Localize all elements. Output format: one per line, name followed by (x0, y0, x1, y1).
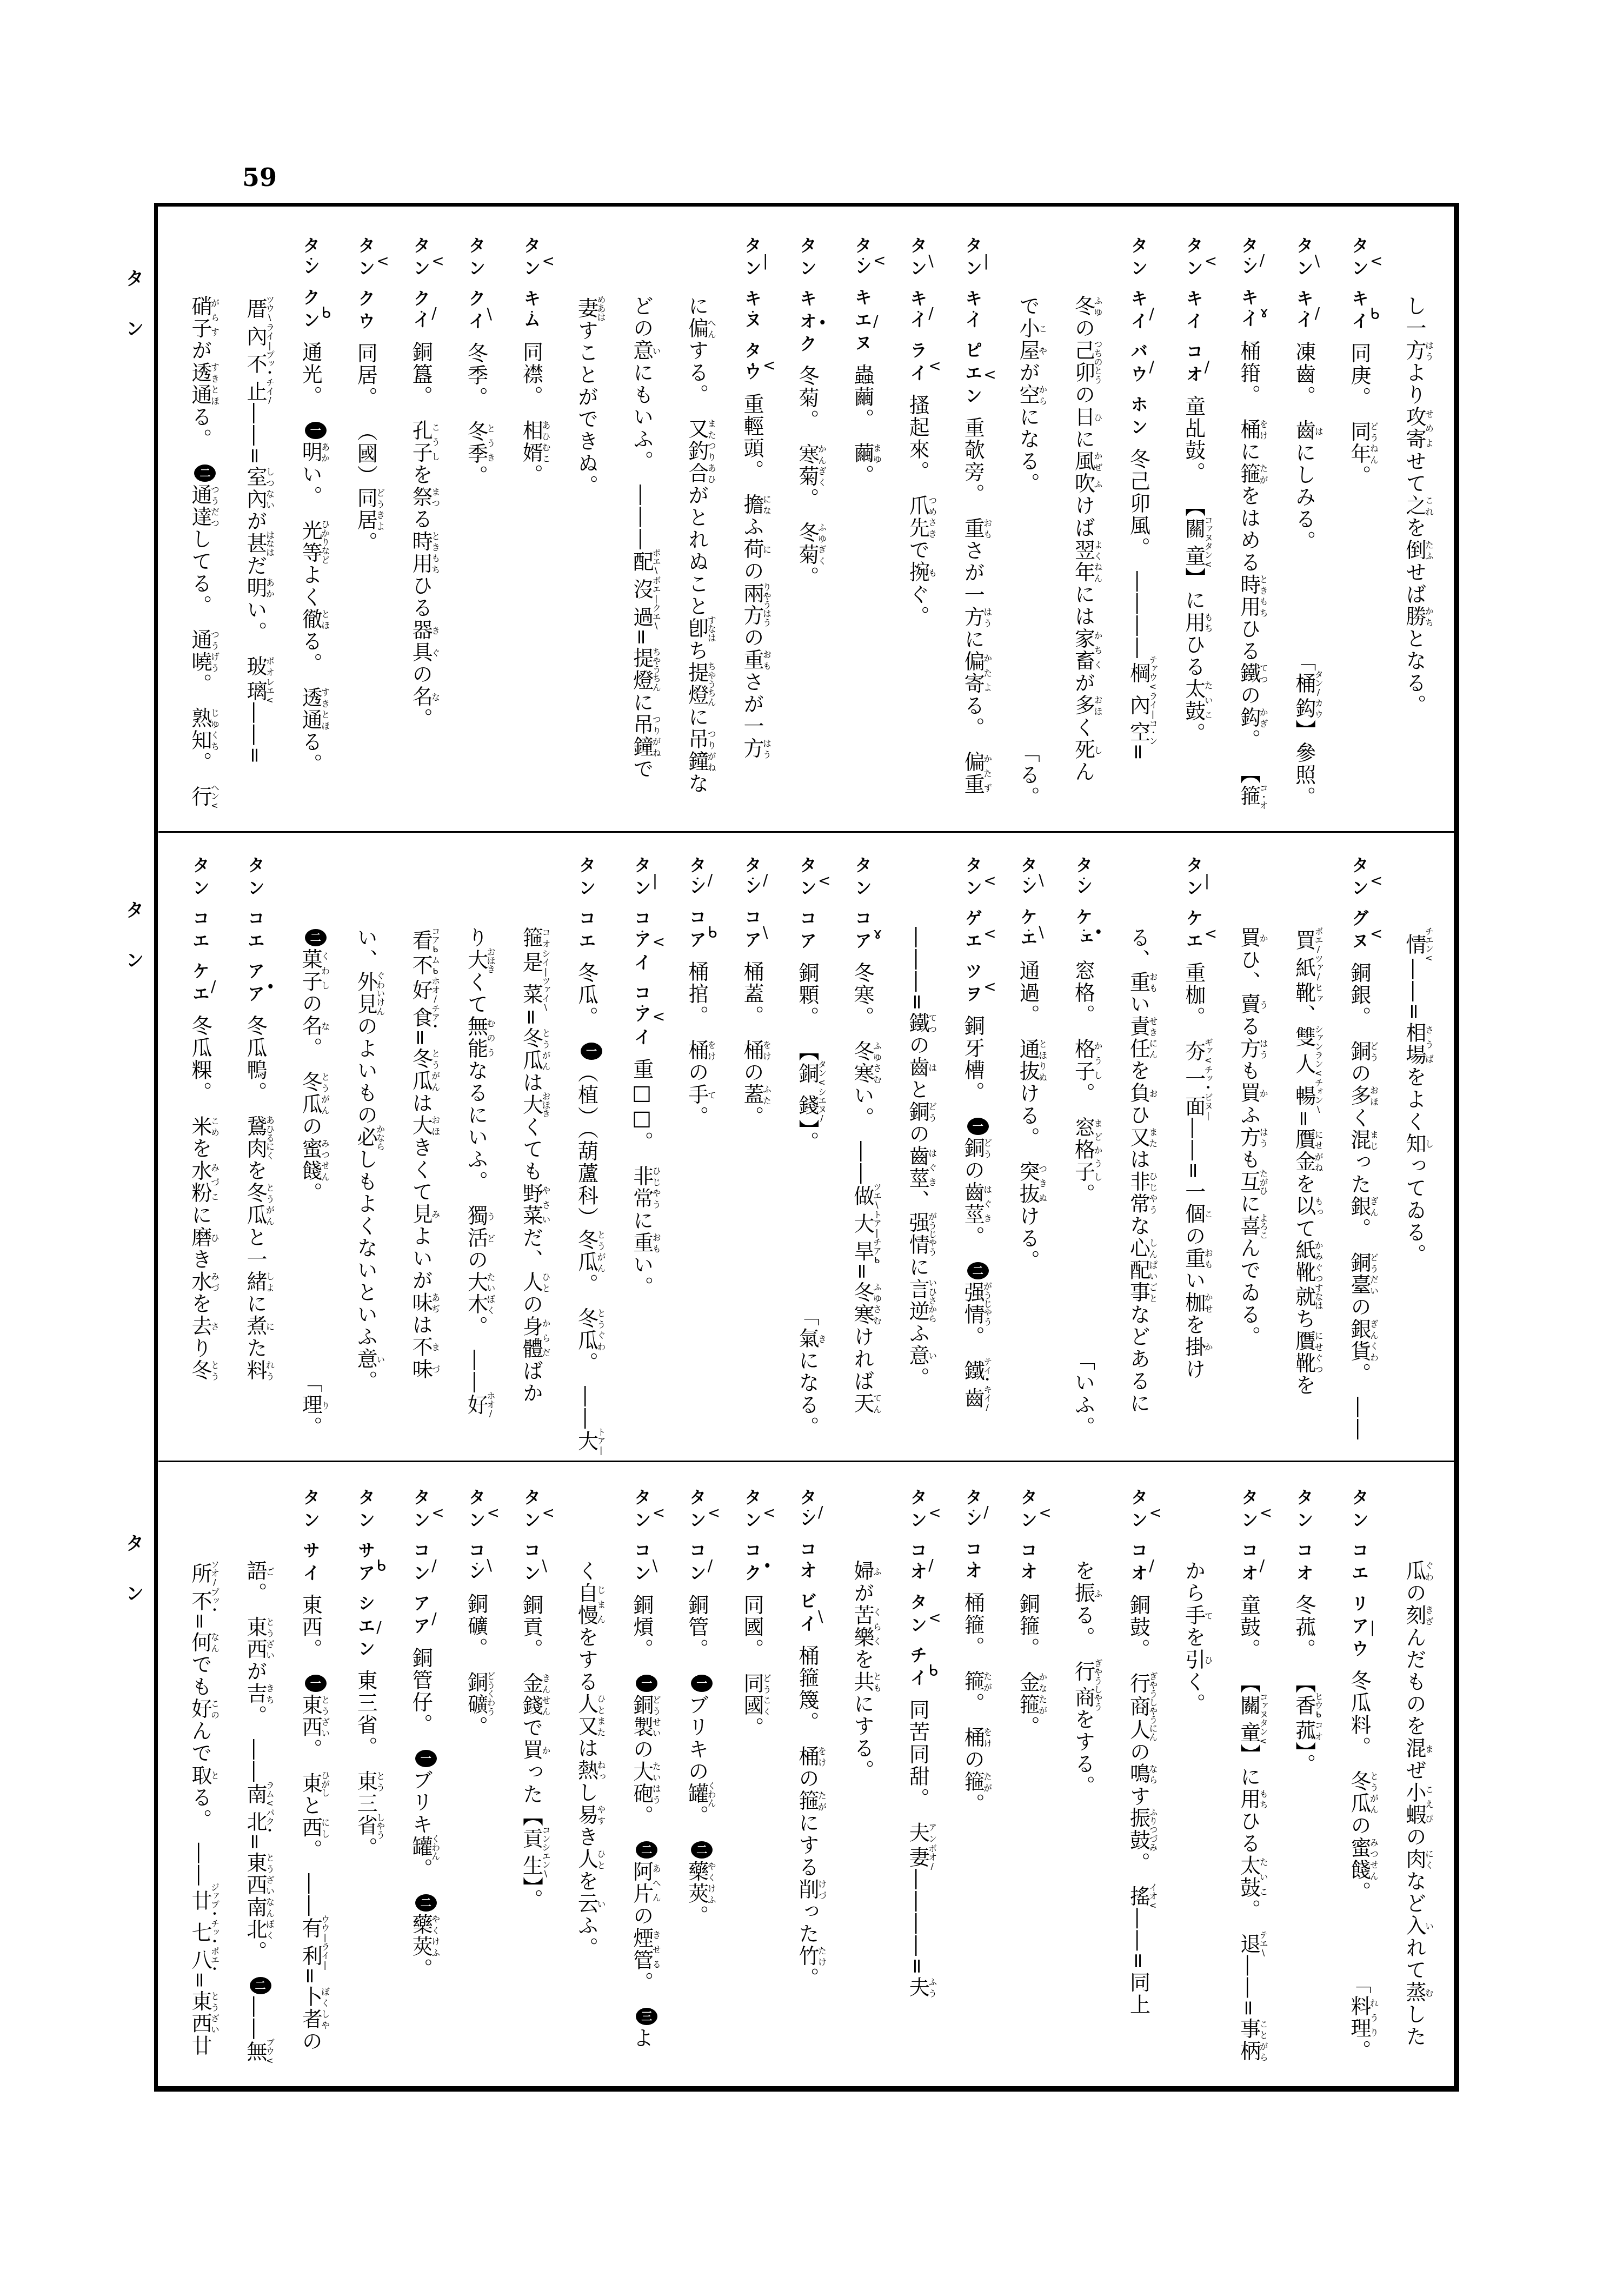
text-run: 「 (795, 1305, 819, 1328)
ruby-base: 煮 (243, 1315, 267, 1337)
syllable-kana: タン (1349, 1488, 1369, 1534)
furigana: にな (761, 494, 771, 516)
ruby-base: 方 (740, 738, 764, 760)
text-run: 。 (961, 1793, 985, 1815)
tone-mark: / (818, 1505, 823, 1520)
text-run: でも (188, 1654, 212, 1698)
continuation-column: い、外見ぐわいけんのよいもの必かならしもよくないといふ意い。 (338, 833, 393, 1461)
furigana: もち (1203, 612, 1213, 634)
text-run: に (961, 628, 985, 651)
aspiration-dot: ・ (968, 307, 978, 316)
text-run: る (409, 508, 433, 530)
furigana-word: 鳴なら (1127, 1763, 1150, 1785)
furigana-word: 身體からだ (520, 1316, 543, 1360)
tone-mark: < (873, 253, 886, 268)
ruby-base: 東西 (188, 1990, 212, 2035)
text-run: 銅熕。 (630, 1594, 654, 1673)
reading-syllable: コオ/ (1183, 342, 1204, 388)
furigana-word: 贋金にせがね (1292, 1129, 1316, 1173)
text-run: の (520, 1293, 543, 1316)
definition-text: 同國。 同國どうこく。 (740, 1594, 764, 1739)
text-run: る。 (961, 695, 985, 751)
furigana: て (706, 1084, 716, 1106)
furigana: おも (1203, 1247, 1213, 1270)
furigana: はぐき (927, 1145, 937, 1190)
ruby-base: 金錢 (520, 1673, 543, 1717)
ruby-base: 就 (1292, 1284, 1316, 1310)
ruby-base: 勝 (1402, 606, 1426, 628)
furigana: ふりつづみ (1148, 1807, 1158, 1852)
text-run: く (1347, 1107, 1371, 1129)
furigana-word: 好この (188, 1698, 212, 1720)
furigana: とうがん (320, 1071, 330, 1116)
headword-reading: タン|キ・ヌタ・ウ< (740, 236, 764, 393)
definition-text: し一方はうより攻寄せめよせて之これを倒たふせば勝かちとなる。 (1402, 295, 1426, 716)
ruby-base: 小蝦 (1402, 1782, 1426, 1826)
furigana-word: 己卯つちのとう (1071, 340, 1095, 384)
furigana: つうげう (209, 629, 219, 673)
text-run: = (1292, 1110, 1316, 1129)
furigana-word: 吊鐘つりがね (630, 714, 654, 758)
text-run: ――= (1237, 1955, 1261, 2019)
text-run: 通過。 (1016, 960, 1040, 1038)
furigana: ふゆぎく (816, 522, 827, 566)
tone-mark: < (376, 254, 389, 269)
reading-syllable: タン (355, 1488, 376, 1534)
furigana: パク• (265, 1808, 275, 1836)
furigana-word: 有ウウ| (298, 1917, 322, 1942)
reading-syllable: タン< (631, 1488, 652, 1534)
furigana-word: 北パク• (243, 1808, 267, 1833)
reading-syllable: タ・ン/ (962, 1488, 983, 1532)
furigana-word: 銅どう (1347, 1040, 1371, 1063)
text-run: の (1347, 1815, 1371, 1837)
furigana: ホオ/ (485, 1391, 496, 1419)
text-run: 。 (354, 1370, 377, 1392)
ruby-base: 桶 (961, 1727, 985, 1749)
furigana-word: 冬季とうき (464, 421, 488, 465)
text-run: から (1182, 1560, 1206, 1604)
ruby-base: 箍 (1237, 463, 1261, 485)
syllable-kana: コア (687, 908, 707, 953)
headword-reading: タ・ン<キエヌ/ (850, 236, 874, 364)
syllable-kana: タン (1294, 236, 1314, 282)
tone-mark: \ (487, 1558, 491, 1573)
reading-syllable: コ・オ (962, 1540, 983, 1584)
ruby-base: 重 (740, 649, 764, 671)
ruby-base: 桶 (685, 1039, 709, 1061)
ruby-base: 有 (298, 1915, 322, 1942)
tone-mark: • (266, 979, 275, 994)
furigana-word: 擔にな (740, 494, 764, 516)
furigana-word: 銀ぎん (1347, 1196, 1371, 1218)
text-run: 「いふ。 (1071, 1350, 1095, 1438)
text-run: ける。 (1016, 1205, 1040, 1272)
ruby-base: 箍 (795, 1790, 819, 1812)
tone-mark: < (928, 1610, 941, 1625)
text-run: = (243, 1833, 267, 1852)
text-run: 同居。 （國） (354, 342, 377, 487)
text-run: してる。 (188, 528, 212, 629)
furigana: みづ (209, 1271, 219, 1293)
furigana-word: 振鼓ふりつづみ (1127, 1807, 1150, 1852)
furigana: ポエ• (209, 1947, 219, 1974)
furigana-word: 冬寒ふゆさむ (850, 1282, 874, 1326)
furigana: し (1424, 1133, 1434, 1155)
circled-number: 一 (691, 1675, 713, 1692)
text-run: の (630, 1738, 654, 1761)
tone-mark: | (763, 254, 768, 269)
ruby-base: 東西南北 (243, 1852, 267, 1941)
ruby-base: 透通 (298, 687, 322, 731)
definition-text: 桶箍。 箍たが。 桶をけの箍たが。 (961, 1592, 985, 1815)
furigana-word: 外見ぐわいけん (354, 971, 377, 1016)
furigana-word: 方はう (1237, 1038, 1261, 1060)
furigana: プッ• (265, 350, 275, 378)
furigana: ビヌ| (1203, 1093, 1213, 1120)
text-run: ち (1292, 1308, 1316, 1330)
furigana-word: 祭まつ (409, 486, 433, 508)
syllable-kana: ゲエ (962, 909, 983, 954)
entry-column: タ・ン<キエヌ/蟲繭。 繭まゆ。 (835, 208, 890, 831)
reading-syllable: ク・イ/ (410, 289, 431, 334)
furigana: がらす (209, 295, 219, 340)
furigana-word: 紙ツァ/ (1292, 954, 1316, 982)
aspiration-dot: ・ (747, 874, 757, 882)
syllable-kana: クウ (355, 289, 376, 335)
ruby-base: 西 (298, 1817, 322, 1839)
text-run: ひる (1182, 634, 1206, 678)
ruby-base: 吉 (243, 1683, 267, 1705)
furigana-word: 米こめ (188, 1116, 212, 1138)
ruby-base: 夯 (1182, 1038, 1206, 1065)
text-run: な (685, 773, 709, 795)
furigana: がうじやう (982, 1282, 993, 1326)
text-run: を (1292, 1375, 1316, 1397)
furigana-word: 大トア| (850, 1210, 874, 1238)
definition-text: 銅管仔。 一ブリキ罐くわん。 二藥莢やくけふ。 (409, 1647, 433, 1980)
continuation-column: る、重おもい責任せきにんを負おひ又または非常ひじやうな心配事しんぱいごとなどある… (1110, 833, 1166, 1461)
furigana-word: 强情がうじやう (906, 1212, 929, 1256)
definition-text: 箍コオ是シイ|菜ツァイ\=冬瓜とうがんは大おほきくても野菜やさいだ、人ひとの身體… (520, 927, 543, 1404)
furigana-word: 人又ひとまた (575, 1693, 598, 1737)
tone-mark: ᑲ (708, 925, 717, 940)
furigana: さうば (1424, 1022, 1434, 1066)
text-run: よいが (409, 1225, 433, 1292)
furigana-word: 齒は (906, 1057, 929, 1079)
entry-column: タン<コオ/童鼓。 【關童コァヌタン<】に用もちひる太鼓たいこ。 退テエ\――=… (1221, 1462, 1276, 2086)
syllable-kana: タン (1349, 236, 1369, 282)
syllable-kana: タン (1349, 856, 1369, 901)
ruby-base: 蒸 (1402, 1981, 1426, 2003)
headword-reading: タンクイ\ (464, 236, 488, 342)
ruby-base: 孔子 (409, 420, 433, 464)
furigana: クエ\ (651, 603, 661, 631)
text-run: 。 (298, 1416, 322, 1438)
ruby-base: 齒 (961, 1385, 985, 1412)
furigana: ちやうちん (706, 662, 716, 706)
text-run: が (188, 340, 212, 362)
ruby-base: 相婿 (520, 420, 543, 464)
syllable-kana: サイ (300, 1541, 321, 1587)
reading-syllable: タ・ウ< (742, 341, 762, 386)
furigana-word: 行商ぎやうしやう (1071, 1661, 1095, 1709)
aspiration-dot: ・ (1023, 926, 1033, 934)
furigana: つりがね (706, 728, 716, 773)
furigana-word: 明あか (243, 577, 267, 599)
text-run: る。 (298, 631, 322, 687)
text-run: る。 (188, 406, 212, 462)
ruby-base: 蓋 (740, 1084, 764, 1106)
furigana: おも (761, 649, 771, 671)
ruby-base: 雙 (1292, 1025, 1316, 1051)
syllable-kana: チイ (907, 1646, 928, 1691)
furigana-word: 突抜つきぬ (1016, 1161, 1040, 1205)
furigana: たいはう (651, 1761, 661, 1805)
definition-text: 冬寒。 冬寒ふゆさむい。 ――做ツエ\大トア|旱チアᑲ=冬寒ふゆさむければ天てん (850, 962, 874, 1415)
ruby-base: 責任 (1127, 1016, 1150, 1060)
ruby-base: 日 (1071, 406, 1095, 428)
furigana-word: 紙靴かみぐつ (1292, 1239, 1316, 1284)
text-run: 。 (1071, 1183, 1095, 1205)
text-run: い (1182, 1270, 1206, 1292)
ruby-base: 銅礦 (464, 1671, 488, 1716)
text-run: く (1071, 716, 1095, 739)
ruby-base: 以 (1292, 1195, 1316, 1217)
aspiration-dot: ・ (305, 254, 316, 263)
furigana: やさい (541, 1183, 551, 1227)
furigana-word: 器具きぐ (409, 619, 433, 663)
furigana: ツァイ\ (541, 977, 551, 1013)
furigana: い (375, 1348, 385, 1370)
text-run: 。 (630, 1805, 654, 1839)
reading-syllable: タン (1128, 236, 1149, 282)
furigana-word: 硝子がらす (188, 295, 212, 340)
ruby-base: 桶 (795, 1746, 819, 1768)
furigana: かうし (1093, 1038, 1103, 1083)
furigana-word: 名な (298, 1015, 322, 1037)
furigana: は (927, 1057, 937, 1079)
ruby-base: 關童 (1182, 516, 1206, 569)
syllable-kana: タ・ン (1073, 856, 1093, 900)
ruby-base: 言逆 (906, 1278, 929, 1323)
furigana-word: 以もっ (1292, 1195, 1316, 1217)
syllable-kana: コ・オ (1017, 1541, 1038, 1585)
furigana-word: 沒ボエ| (630, 576, 654, 603)
text-run: よ (630, 2027, 654, 2049)
syllable-kana: キ・イ (1239, 288, 1259, 333)
text-run: には (1071, 583, 1095, 628)
furigana: どう (927, 1101, 937, 1123)
furigana: すなは (1313, 1284, 1323, 1310)
syllable-kana: コク (742, 1541, 762, 1587)
furigana: とうがん (541, 1027, 551, 1072)
syllable-kana: タ・ン (1017, 856, 1038, 900)
furigana: き (816, 1328, 827, 1350)
furigana: ムᑲ (430, 954, 441, 977)
furigana-word: 同國どうこく (740, 1673, 764, 1717)
text-run: くて (464, 971, 488, 1016)
aspiration-dot: ・ (471, 1559, 481, 1568)
definition-text: 硝子がらすが透通すきとほる。 二通達つうだつしてる。 通曉つうげう。 熟知じゆく… (188, 295, 212, 811)
ruby-base: 東 (298, 1771, 322, 1797)
ruby-base: 太鼓 (1237, 1855, 1261, 1899)
headword-reading: タン<コオ/ (1127, 1488, 1150, 1594)
furigana: また (1148, 1126, 1158, 1149)
headword-reading: タンコエリアウ| (1347, 1488, 1371, 1670)
ruby-base: 提燈 (630, 647, 654, 692)
furigana-word: 桶をけ (795, 1746, 819, 1768)
text-run: の (1127, 1741, 1150, 1763)
furigana-word: 强情がうじやう (961, 1282, 985, 1326)
furigana-word: 煙管きせる (630, 1927, 654, 1972)
reading-syllable: タ・ン/ (797, 1488, 817, 1532)
furigana: ひがし (320, 1771, 330, 1797)
ruby-base: 好 (464, 1391, 488, 1419)
furigana: きち (265, 1683, 275, 1705)
ruby-base: 冬 (1071, 295, 1095, 317)
syllable-kana: バウ (1128, 342, 1149, 388)
furigana: まじ (1368, 1129, 1379, 1151)
ruby-base: 繭 (850, 442, 874, 464)
furigana-word: 共とも (850, 1671, 874, 1693)
reading-syllable: サアᑲ (355, 1541, 376, 1587)
tone-mark: | (1370, 1620, 1375, 1635)
text-run: 。 (298, 1037, 322, 1071)
text-run: どの (630, 295, 654, 340)
furigana-word: 去さ (188, 1315, 212, 1337)
syllable-kana: キイ (1183, 289, 1204, 335)
furigana: ライ| (320, 1942, 330, 1970)
furigana: つちのとう (1093, 340, 1103, 384)
ruby-base: 菰 (1292, 1720, 1316, 1742)
text-run: の (740, 1061, 764, 1084)
text-run: にもいふ。 ――― (630, 362, 654, 551)
definition-text: 銅牙槽。 一銅どうの齒莖はぐき。 二强情がうじやう。 鐵テイ•齒キイ/ (961, 1015, 985, 1412)
circled-number: 二 (305, 929, 327, 946)
furigana: ライ| (265, 323, 275, 350)
definition-text: 買かひ、賣うる方はうも買かふ方はうも互たがひに喜よろこんでゐる。 (1237, 927, 1261, 1348)
entry-column: タンコエケエ/冬瓜粿。 米こめを水粉みづこに磨ひき水みづを去さり冬とう (172, 833, 228, 1461)
reading-syllable: タン| (1183, 856, 1204, 901)
text-run: ひ、 (1237, 949, 1261, 993)
text-run: んでゐる。 (1237, 1237, 1261, 1348)
text-run: くても (520, 1116, 543, 1183)
reading-syllable: タン (465, 236, 486, 282)
ruby-base: 錢 (795, 1087, 819, 1124)
ruby-base: 人又 (575, 1693, 598, 1737)
definition-text: 冬瓜鴨。 鵞肉あひるにくを冬瓜とうがんと一緒しよに煮にた料れう (243, 1015, 267, 1382)
furigana-word: 方はう (740, 738, 764, 760)
entry-column: タン<グヌ<銅銀。 銅どうの多おほく混まじった銀ぎん。 銅臺どうだいの銀貨ぎんく… (1332, 833, 1387, 1461)
text-run: 。 (961, 1326, 985, 1360)
reading-syllable: タン (852, 856, 873, 901)
reading-syllable: タン< (1183, 236, 1204, 282)
reading-syllable: キ・イɤ (1239, 288, 1259, 333)
furigana-word: 同居どうきよ (354, 487, 377, 532)
furigana: ふう (927, 1976, 937, 1999)
entry-column: タ・ン\ケ・エ\通過。 通抜とほりぬける。 突抜つきぬける。 (1000, 833, 1055, 1461)
continuation-column: どの意いにもいふ。 ―――配ポエ\沒ボエ|過クエ\=提燈ちやうちんに吊鐘つりがね… (614, 208, 669, 831)
text-run: さが一 (740, 671, 764, 738)
furigana-word: 一チッ• (1182, 1065, 1206, 1093)
reading-syllable: タン| (631, 856, 652, 901)
text-run: ばか (520, 1360, 543, 1404)
reading-syllable: タン< (465, 1488, 486, 1534)
furigana: ぐわ (1424, 1560, 1434, 1582)
tone-mark: < (1205, 926, 1217, 941)
ruby-base: 冬寒 (850, 1282, 874, 1326)
furigana: けづ (816, 1879, 827, 1901)
reading-syllable: タン< (1017, 1488, 1038, 1534)
ruby-base: 非常 (1127, 1171, 1150, 1215)
furigana-word: 銀貨ぎんくわ (1347, 1318, 1371, 1363)
text-run: に (1237, 441, 1261, 463)
text-run: 同襟。 (520, 341, 543, 420)
text-run: け (1182, 1358, 1206, 1381)
ruby-base: 冬瓜 (575, 1229, 598, 1273)
furigana: かなら (375, 1125, 385, 1151)
furigana: たいこ (1203, 678, 1213, 722)
furigana: たいぼく (485, 1271, 496, 1316)
entry-column: タン<コ・オ銅箍。 金箍かなたが。 (1000, 1462, 1055, 2086)
furigana-word: 寒菊かんぎく (795, 443, 819, 488)
tone-mark: < (1260, 1505, 1272, 1521)
furigana: おほ (430, 1114, 441, 1137)
syllable-kana: コエ (1349, 1541, 1369, 1587)
ruby-base: 竹 (795, 1945, 819, 1967)
ruby-base: 璃 (243, 678, 267, 705)
continuation-column: で小屋こやが空からになる。「る。 (1000, 208, 1055, 831)
ruby-base: 行 (188, 783, 212, 811)
furigana-word: 看コアᑲ (409, 927, 433, 954)
ruby-base: 振 (1071, 1582, 1095, 1604)
syllable-kana: コエ (190, 909, 210, 954)
syllable-kana: コエ (576, 909, 597, 954)
furigana-word: 透通すきとほ (188, 362, 212, 406)
reading-syllable: ピエン< (962, 341, 983, 409)
ruby-base: 贋靴 (1292, 1330, 1316, 1375)
text-run: き (575, 1826, 598, 1848)
furigana-word: 之これ (1402, 495, 1426, 517)
ruby-base: 空 (1016, 384, 1040, 406)
reading-syllable: タン< (410, 236, 431, 282)
furigana: とうざい (209, 1990, 219, 2035)
text-run: 。 (188, 752, 212, 786)
reading-syllable: タン< (797, 856, 817, 901)
furigana-word: 內ライ| (1127, 692, 1150, 719)
text-run: になる。 (795, 1350, 819, 1438)
definition-text: 同襟。 相婿あひむこ。 (520, 341, 543, 486)
tone-mark: < (1370, 254, 1382, 269)
furigana-word: 蓋ふた (740, 1084, 764, 1106)
furigana: とも (872, 1671, 882, 1693)
text-run: と (906, 1079, 929, 1101)
ruby-base: 風 (1071, 450, 1095, 473)
tone-mark: \ (763, 925, 768, 940)
reading-syllable: コン/ (410, 1541, 431, 1587)
furigana: れうり (1368, 1995, 1379, 2040)
definition-text: 桶箍篾。 桶をけの箍たがにする削けづった竹たけ。 (795, 1645, 819, 1989)
entry-column: タ・ンケ・ェ•窓格。 格子かうし。 窓格子まどかうし。「いふ。 (1055, 833, 1110, 1461)
furigana-word: 意い (906, 1345, 929, 1367)
syllable-kana: コオ (1294, 1541, 1314, 1587)
text-run: の (298, 1116, 322, 1138)
headword-reading: タン<コン/ (685, 1488, 709, 1594)
text-run: く。 (1182, 1671, 1206, 1715)
syllable-kana: サア (355, 1541, 376, 1587)
furigana-word: 箍コ・オ (1237, 785, 1261, 809)
